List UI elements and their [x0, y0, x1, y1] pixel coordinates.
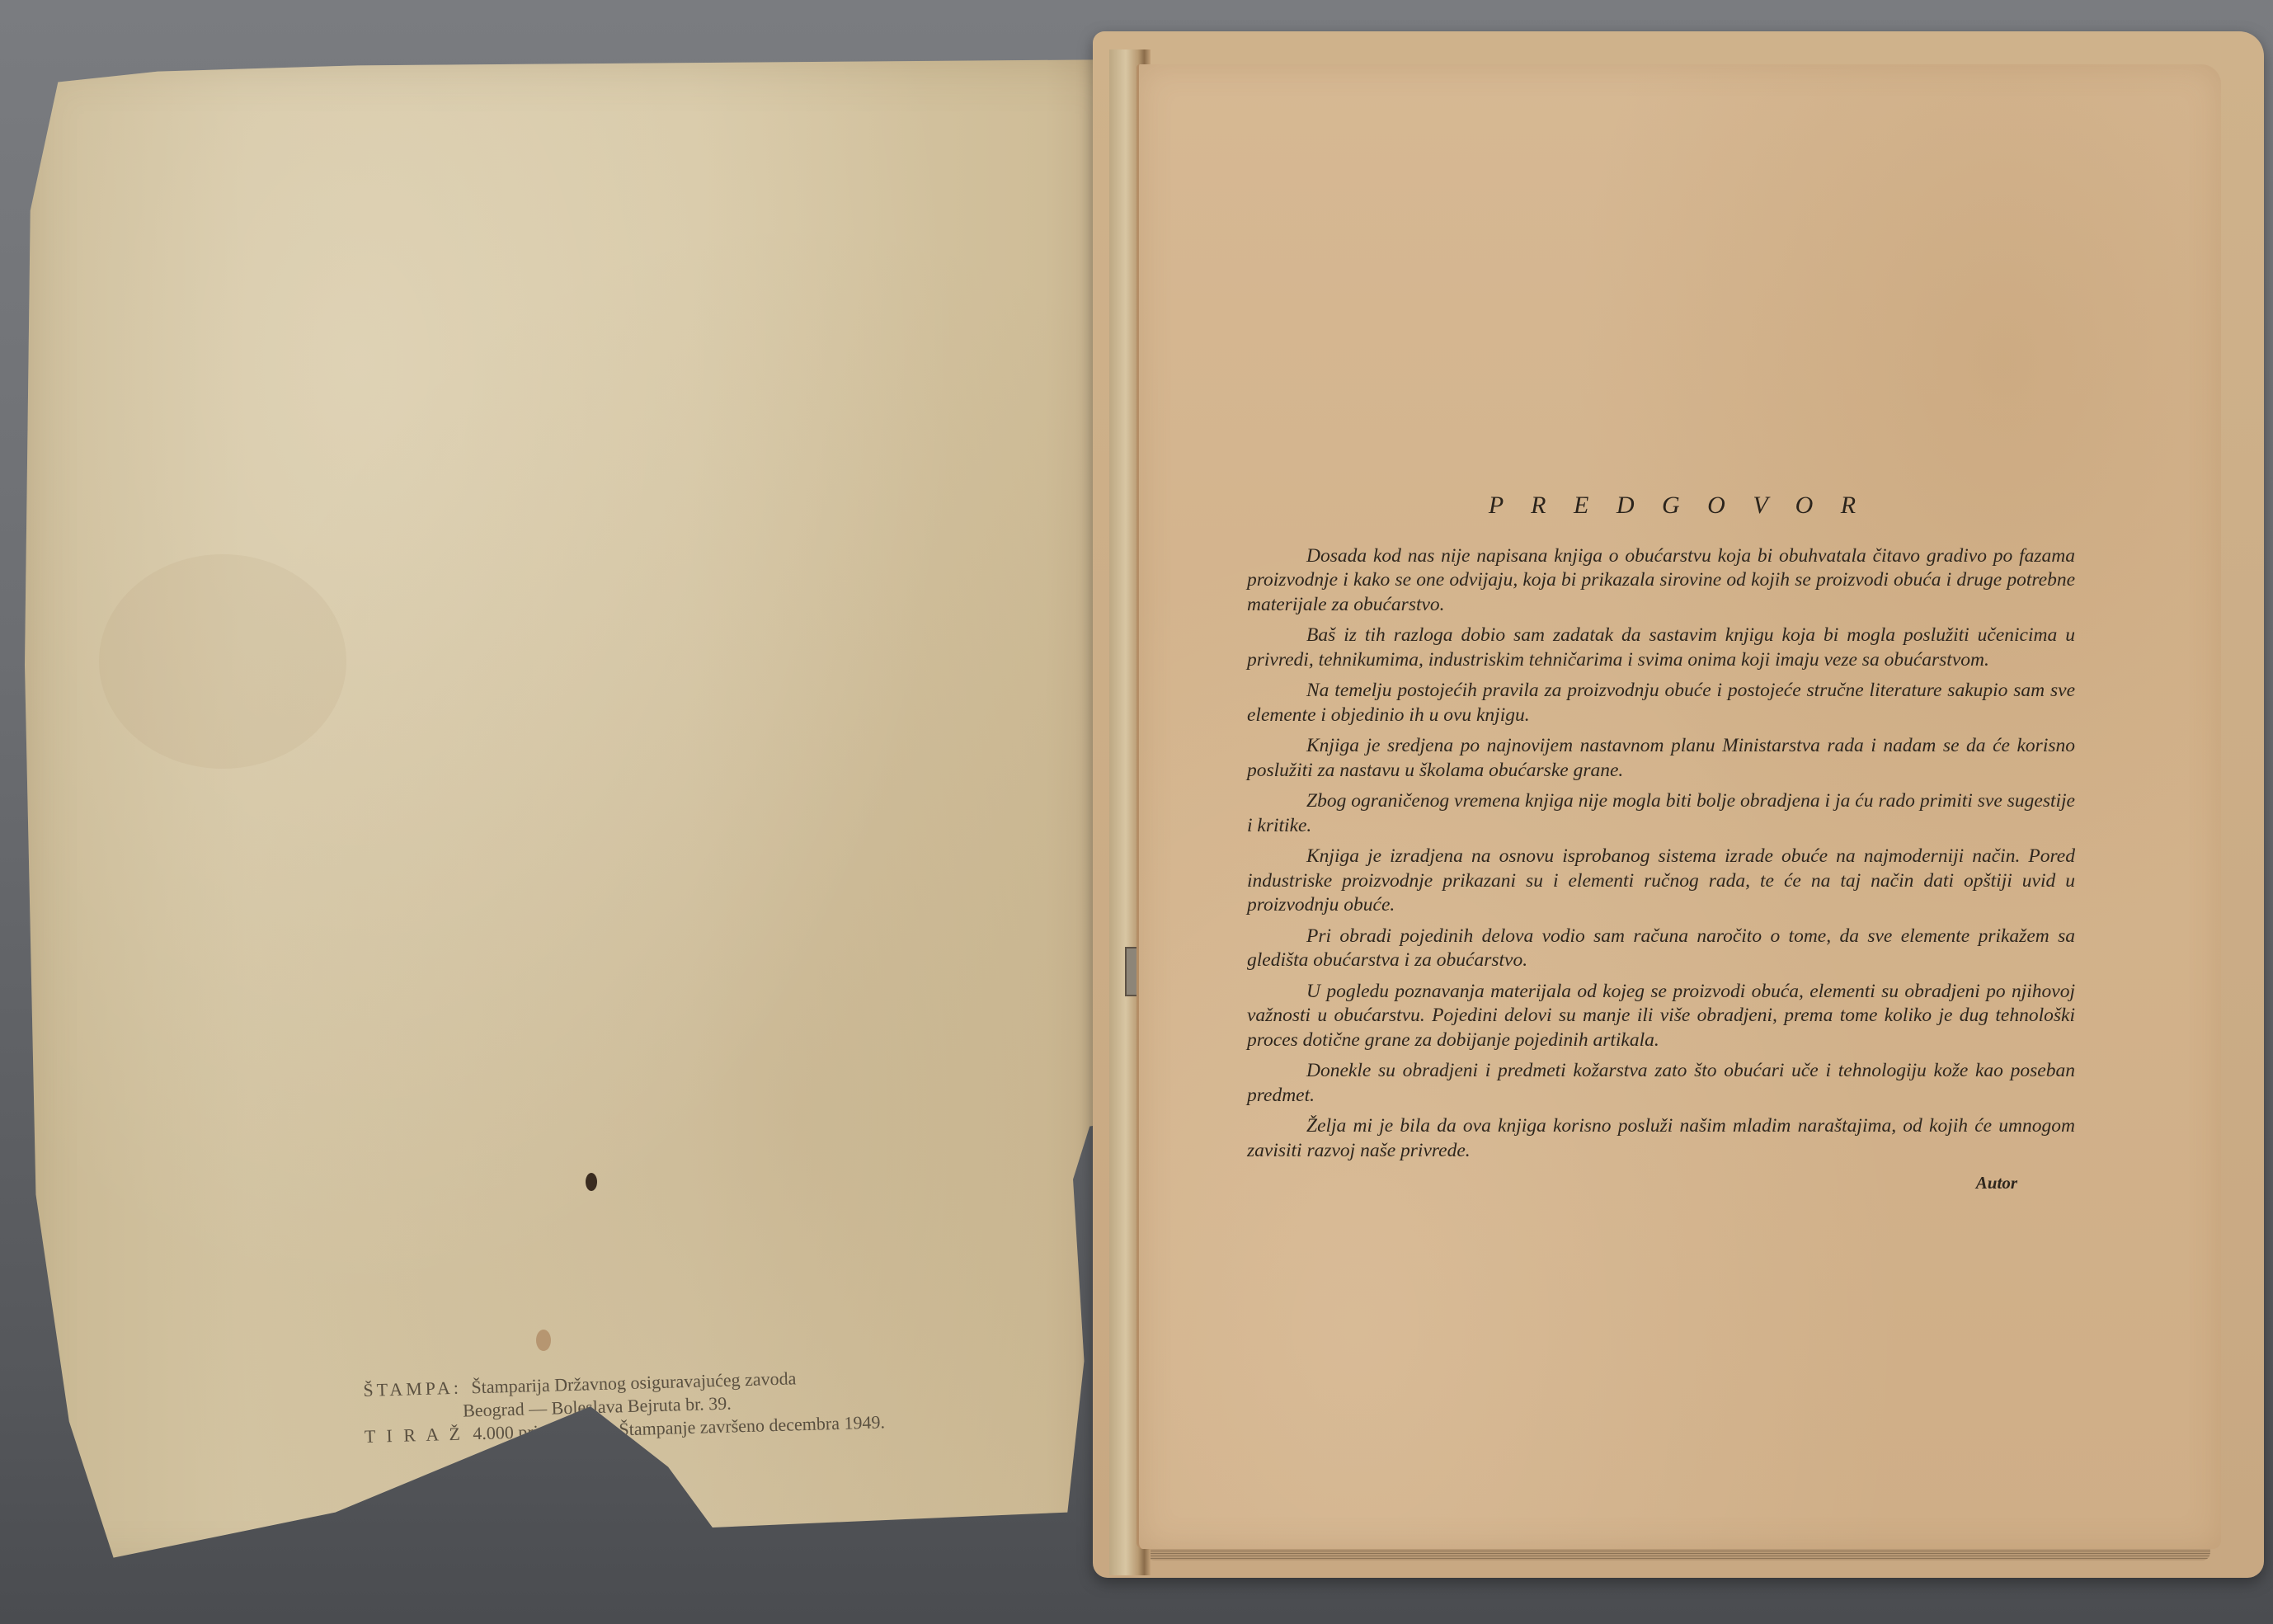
preface-signature: Autor [1247, 1171, 2075, 1196]
preface-paragraph: Donekle su obradjeni i predmeti kožarstv… [1247, 1059, 2075, 1108]
paper-stain [586, 1173, 597, 1191]
page-edges [1146, 1549, 2210, 1560]
left-page: ŠTAMPA: Štamparija Državnog osiguravajuć… [25, 59, 1134, 1573]
preface-paragraph: Knjiga je sredjena po najnovijem nastavn… [1247, 734, 2075, 783]
preface-paragraph: Dosada kod nas nije napisana knjiga o ob… [1247, 544, 2075, 618]
paper-stain [99, 554, 346, 769]
book-scan: ŠTAMPA: Štamparija Državnog osiguravajuć… [0, 0, 2273, 1624]
preface-paragraph: Baš iz tih razloga dobio sam zadatak da … [1247, 624, 2075, 672]
preface-text: P R E D G O V O R Dosada kod nas nije na… [1247, 493, 2075, 1196]
preface-paragraph: Na temelju postojećih pravila za proizvo… [1247, 679, 2075, 727]
imprint-stampa-label: ŠTAMPA: [363, 1377, 462, 1400]
preface-paragraph: Želja mi je bila da ova knjiga korisno p… [1247, 1114, 2075, 1163]
preface-paragraph: U pogledu poznavanja materijala od kojeg… [1247, 980, 2075, 1053]
preface-title: P R E D G O V O R [1247, 493, 2075, 518]
preface-paragraph: Pri obradi pojedinih delova vodio sam ra… [1247, 925, 2075, 973]
paper-stain [536, 1330, 551, 1351]
preface-paragraph: Zbog ograničenog vremena knjiga nije mog… [1247, 789, 2075, 838]
preface-paragraph: Knjiga je izradjena na osnovu isprobanog… [1247, 845, 2075, 918]
printer-imprint: ŠTAMPA: Štamparija Državnog osiguravajuć… [363, 1362, 991, 1448]
imprint-tiraz-label: T I R A Ž [365, 1424, 464, 1447]
